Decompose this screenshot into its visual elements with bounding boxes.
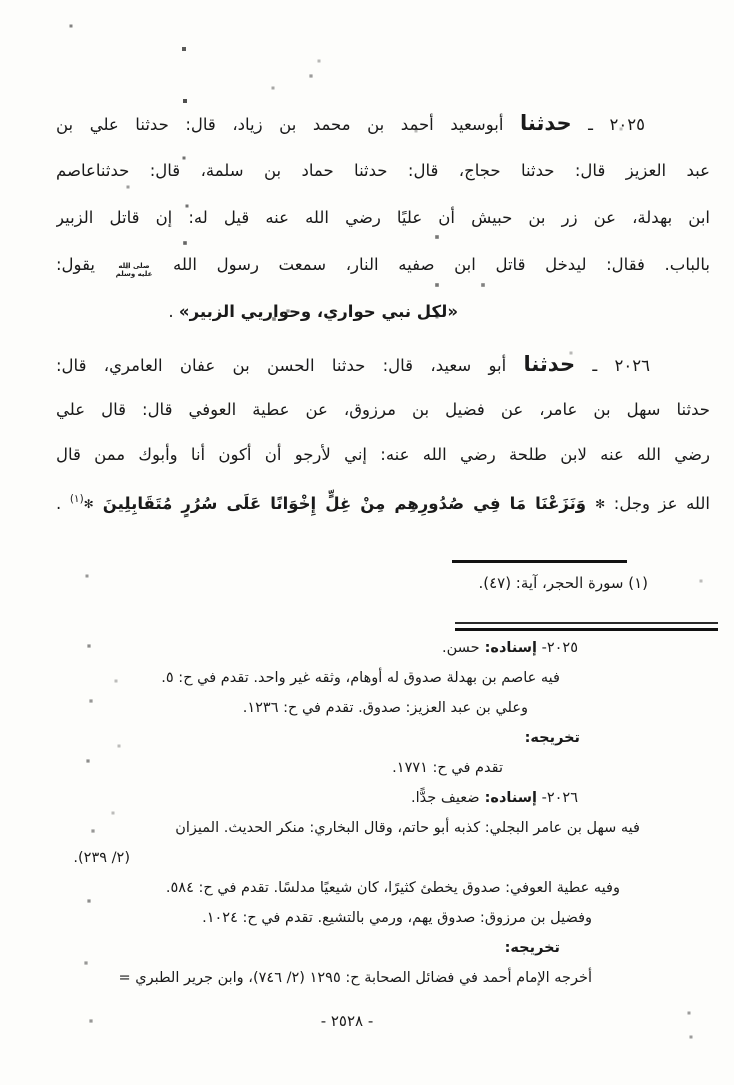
takhrij-note: تقدم في ح: ١٧٧١.: [392, 760, 503, 776]
scan-noise: [0, 0, 2, 2]
hadith-text: .: [56, 494, 70, 513]
isnad-2026-note-1: فيه سهل بن عامر البجلي: كذبه أبو حاتم، و…: [28, 813, 648, 843]
main-text-block: ٢٠٢٥ ـ حدثنا أبوسعيد أحمد بن محمد بن زيا…: [56, 100, 710, 522]
isnad-2026-note-3: وفضيل بن مرزوق: صدوق يهم، ورمي بالتشيع. …: [28, 903, 648, 933]
page-number: - ٢٥٢٨ -: [0, 1012, 694, 1030]
footnote-ref-marker: (١): [70, 493, 84, 505]
quran-open-bracket: ✻: [595, 497, 605, 511]
takhrij-2026-note: أخرجه الإمام أحمد في فضائل الصحابة ح: ١٢…: [28, 963, 648, 993]
hadith-2025-line-1: ٢٠٢٥ ـ حدثنا أبوسعيد أحمد بن محمد بن زيا…: [56, 100, 710, 147]
commentary-block: ٢٠٢٥- إسناده: حسن.فيه عاصم بن بهدلة صدوق…: [28, 633, 648, 993]
hadith-2025-paragraph: ٢٠٢٥ ـ حدثنا أبوسعيد أحمد بن محمد بن زيا…: [56, 100, 710, 335]
hadith-2026-line-4: الله عز وجل: ✻ وَنَزَعْنَا مَا فِي صُدُو…: [56, 477, 710, 522]
hadith-text: ابن بهدلة، عن زر بن حبيش أن عليًا رضي ال…: [56, 208, 710, 227]
isnad-2026-grade: ٢٠٢٦- إسناده: ضعيف جدًّا.: [28, 783, 648, 813]
isnad-note: وفضيل بن مرزوق: صدوق يهم، ورمي بالتشيع. …: [202, 910, 592, 926]
hadith-number: ٢٠٢٥-: [537, 640, 578, 656]
takhrij-2026-label: تخريجه:: [28, 933, 648, 963]
isnad-2026-note-1b: (٢/ ٢٣٩).: [28, 843, 648, 873]
footnote-line: (١) سورة الحجر، آية: (٤٧).: [478, 574, 648, 592]
isnad-note: وفيه عطية العوفي: صدوق يخطئ كثيرًا، كان …: [166, 880, 620, 896]
hadith-2026-line-1: ٢٠٢٦ ـ حدثنا أبو سعيد، قال: حدثنا الحسن …: [56, 342, 710, 387]
hadith-text: بالباب. فقال: ليدخل قاتل ابن صفيه النار،…: [153, 255, 710, 274]
isnad-note: فيه عاصم بن بهدلة صدوق له أوهام، وثقه غي…: [161, 670, 560, 686]
isnad-2025-note-1: فيه عاصم بن بهدلة صدوق له أوهام، وثقه غي…: [28, 663, 648, 693]
commentary-double-rule: [455, 622, 718, 631]
hadith-text: الله عز وجل:: [605, 494, 710, 513]
isnad-label: إسناده:: [480, 640, 537, 656]
takhrij-note: أخرجه الإمام أحمد في فضائل الصحابة ح: ١٢…: [119, 970, 592, 986]
takhrij-label: تخريجه:: [505, 940, 560, 956]
isnad-grade: حسن.: [442, 640, 480, 656]
takhrij-2025-note: تقدم في ح: ١٧٧١.: [28, 753, 648, 783]
hadith-text: يقول:: [56, 255, 115, 274]
hadith-2026-line-3: رضي الله عنه لابن طلحة رضي الله عنه: إني…: [56, 432, 710, 477]
hadith-number: ٢٠٢٥ ـ: [572, 115, 645, 134]
isnad-2026-note-2: وفيه عطية العوفي: صدوق يخطئ كثيرًا، كان …: [28, 873, 648, 903]
hadith-text: حدثنا سهل بن عامر، عن فضيل بن مرزوق، عن …: [56, 400, 710, 419]
isnad-2025-note-2: وعلي بن عبد العزيز: صدوق. تقدم في ح: ١٢٣…: [28, 693, 648, 723]
hadith-text: رضي الله عنه لابن طلحة رضي الله عنه: إني…: [56, 445, 710, 464]
hadith-2025-line-2: عبد العزيز قال: حدثنا حجاج، قال: حدثنا ح…: [56, 147, 710, 194]
footnote-marker: (١): [628, 574, 648, 592]
isnad-grade: ضعيف جدًّا.: [411, 790, 480, 806]
quran-close-bracket: ✻: [84, 497, 94, 511]
scanned-book-page: ٢٠٢٥ ـ حدثنا أبوسعيد أحمد بن محمد بن زيا…: [0, 0, 734, 1085]
hadith-2025-line-3: ابن بهدلة، عن زر بن حبيش أن عليًا رضي ال…: [56, 194, 710, 241]
hadith-2026-line-2: حدثنا سهل بن عامر، عن فضيل بن مرزوق، عن …: [56, 387, 710, 432]
isnad-note: فيه سهل بن عامر البجلي: كذبه أبو حاتم، و…: [175, 820, 640, 836]
quran-verse: وَنَزَعْنَا مَا فِي صُدُورِهِم مِنْ غِلٍ…: [94, 494, 595, 513]
narration-headword: حدثنا: [523, 352, 575, 376]
isnad-2025-grade: ٢٠٢٥- إسناده: حسن.: [28, 633, 648, 663]
takhrij-label: تخريجه:: [525, 730, 580, 746]
footnote-text: سورة الحجر، آية: (٤٧).: [478, 574, 623, 592]
honorific-saw-mark: صلى اللهعليه وسلم: [115, 263, 154, 278]
hadith-text: أبوسعيد أحمد بن محمد بن زياد، قال: حدثنا…: [56, 115, 520, 134]
footnote-separator-rule: [452, 560, 627, 563]
hadith-matn-bold: «لكل نبي حواري، وحواريي الزبير»: [179, 302, 458, 321]
isnad-note: (٢/ ٢٣٩).: [73, 850, 130, 866]
hadith-2025-line-4: بالباب. فقال: ليدخل قاتل ابن صفيه النار،…: [56, 241, 710, 288]
hadith-text: .: [168, 302, 179, 321]
hadith-2026-paragraph: ٢٠٢٦ ـ حدثنا أبو سعيد، قال: حدثنا الحسن …: [56, 342, 710, 522]
hadith-number: ٢٠٢٦ ـ: [575, 356, 650, 375]
narration-headword: حدثنا: [520, 111, 572, 135]
hadith-number: ٢٠٢٦-: [537, 790, 578, 806]
takhrij-2025-label: تخريجه:: [28, 723, 648, 753]
isnad-note: وعلي بن عبد العزيز: صدوق. تقدم في ح: ١٢٣…: [243, 700, 528, 716]
hadith-text: أبو سعيد، قال: حدثنا الحسن بن عفان العام…: [56, 356, 523, 375]
hadith-2025-line-5: «لكل نبي حواري، وحواريي الزبير» .: [56, 288, 710, 335]
hadith-text: عبد العزيز قال: حدثنا حجاج، قال: حدثنا ح…: [56, 161, 710, 180]
isnad-label: إسناده:: [480, 790, 537, 806]
